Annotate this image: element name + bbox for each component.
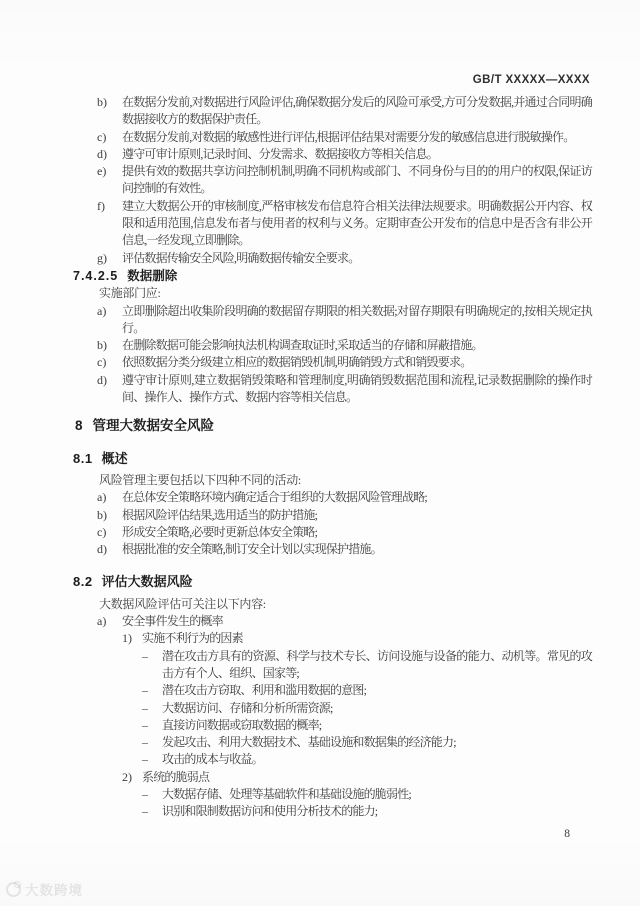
page-number: 8	[564, 828, 570, 840]
risk-activities-list: a) 在总体安全策略环境内确定适合于组织的大数据风险管理战略; b) 根据风险评…	[73, 489, 592, 558]
dash-marker: –	[142, 751, 162, 768]
list-text: 安全事件发生的概率	[122, 613, 592, 630]
section-intro: 风险管理主要包括以下四种不同的活动:	[99, 472, 592, 489]
dash-marker: –	[142, 648, 162, 683]
list-marker: a)	[97, 489, 122, 506]
list-text: 在数据分发前,对数据的敏感性进行评估,根据评估结果对需要分发的敏感信息进行脱敏操…	[122, 129, 592, 146]
section-heading-8-2: 8.2 评估大数据风险	[73, 573, 592, 590]
dash-text: 大数据存储、处理等基础软件和基础设施的脆弱性;	[162, 786, 592, 803]
numbered-sub-item: 1) 实施不利行为的因素	[122, 630, 592, 647]
section-number: 8.2	[73, 573, 93, 590]
list-text: 实施不利行为的因素	[142, 630, 592, 647]
list-marker: d)	[97, 541, 122, 558]
dash-item: – 直接访问数据或窃取数据的概率;	[142, 717, 592, 734]
list-item: b) 在数据分发前,对数据进行风险评估,确保数据分发后的风险可承受,方可分发数据…	[97, 94, 592, 129]
dash-marker: –	[142, 717, 162, 734]
list-item: g) 评估数据传输安全风险,明确数据传输安全要求。	[97, 250, 592, 267]
data-deletion-list: a) 立即删除超出收集阶段明确的数据留存期限的相关数据;对留存期限有明确规定的,…	[73, 303, 592, 407]
watermark-text: 大数跨境	[25, 879, 83, 899]
section-heading-8: 8 管理大数据安全风险	[75, 417, 592, 434]
list-marker: b)	[97, 507, 122, 524]
list-item: c) 形成安全策略,必要时更新总体安全策略;	[97, 524, 592, 541]
list-item: e) 提供有效的数据共享访问控制机制,明确不同机构或部门、不同身份与目的的用户的…	[97, 163, 592, 198]
dash-item: – 潜在攻击方具有的资源、科学与技术专长、访问设施与设备的能力、动机等。常见的攻…	[142, 648, 592, 683]
section-title: 管理大数据安全风险	[93, 417, 215, 434]
numbered-sub-item: 2) 系统的脆弱点	[122, 769, 592, 786]
dash-text: 攻击的成本与收益。	[162, 751, 592, 768]
list-text: 形成安全策略,必要时更新总体安全策略;	[122, 524, 592, 541]
list-item: c) 在数据分发前,对数据的敏感性进行评估,根据评估结果对需要分发的敏感信息进行…	[97, 129, 592, 146]
list-marker: d)	[97, 146, 122, 163]
list-marker: a)	[97, 613, 122, 630]
dash-text: 潜在攻击方窃取、利用和滥用数据的意图;	[162, 682, 592, 699]
data-distribution-list: b) 在数据分发前,对数据进行风险评估,确保数据分发后的风险可承受,方可分发数据…	[73, 94, 592, 267]
list-item: f) 建立大数据公开的审核制度,严格审核发布信息符合相关法律法规要求。明确数据公…	[97, 198, 592, 250]
watermark-logo-icon	[6, 882, 21, 897]
list-text: 立即删除超出收集阶段明确的数据留存期限的相关数据;对留存期限有明确规定的,按相关…	[122, 303, 592, 338]
list-text: 依照数据分类分级建立相应的数据销毁机制,明确销毁方式和销毁要求。	[122, 354, 592, 371]
list-text: 在总体安全策略环境内确定适合于组织的大数据风险管理战略;	[122, 489, 592, 506]
list-text: 提供有效的数据共享访问控制机制,明确不同机构或部门、不同身份与目的的用户的权限,…	[122, 163, 592, 198]
list-text: 建立大数据公开的审核制度,严格审核发布信息符合相关法律法规要求。明确数据公开内容…	[122, 198, 592, 250]
dash-text: 识别和限制数据访问和使用分析技术的能力;	[162, 803, 592, 820]
list-text: 系统的脆弱点	[142, 769, 592, 786]
list-marker: 1)	[122, 630, 142, 647]
dash-marker: –	[142, 700, 162, 717]
dash-text: 直接访问数据或窃取数据的概率;	[162, 717, 592, 734]
list-item: b) 根据风险评估结果,选用适当的防护措施;	[97, 507, 592, 524]
section-title: 数据删除	[127, 268, 177, 285]
list-marker: c)	[97, 524, 122, 541]
list-text: 根据批准的安全策略,制订安全计划以实现保护措施。	[122, 541, 592, 558]
dash-marker: –	[142, 734, 162, 751]
list-item: a) 安全事件发生的概率	[97, 613, 592, 630]
dash-marker: –	[142, 803, 162, 820]
list-item: d) 根据批准的安全策略,制订安全计划以实现保护措施。	[97, 541, 592, 558]
section-number: 7.4.2.5	[73, 268, 118, 285]
list-text: 根据风险评估结果,选用适当的防护措施;	[122, 507, 592, 524]
list-text: 在数据分发前,对数据进行风险评估,确保数据分发后的风险可承受,方可分发数据,并通…	[122, 94, 592, 129]
dash-item: – 大数据访问、存储和分析所需资源;	[142, 700, 592, 717]
dash-item: – 大数据存储、处理等基础软件和基础设施的脆弱性;	[142, 786, 592, 803]
dash-list-attack-factors: – 潜在攻击方具有的资源、科学与技术专长、访问设施与设备的能力、动机等。常见的攻…	[73, 648, 592, 769]
dash-marker: –	[142, 682, 162, 699]
dash-text: 大数据访问、存储和分析所需资源;	[162, 700, 592, 717]
list-marker: c)	[97, 354, 122, 371]
list-marker: d)	[97, 372, 122, 407]
dash-item: – 潜在攻击方窃取、利用和滥用数据的意图;	[142, 682, 592, 699]
dash-text: 发起攻击、利用大数据技术、基础设施和数据集的经济能力;	[162, 734, 592, 751]
list-text: 遵守审计原则,建立数据销毁策略和管理制度,明确销毁数据范围和流程,记录数据删除的…	[122, 372, 592, 407]
list-marker: a)	[97, 303, 122, 338]
list-text: 评估数据传输安全风险,明确数据传输安全要求。	[122, 250, 592, 267]
section-number: 8	[75, 417, 83, 434]
list-marker: c)	[97, 129, 122, 146]
list-item: b) 在删除数据可能会影响执法机构调查取证时,采取适当的存储和屏蔽措施。	[97, 337, 592, 354]
standard-number-header: GB/T XXXXX—XXXX	[473, 74, 590, 86]
section-title: 概述	[102, 450, 128, 467]
list-marker: e)	[97, 163, 122, 198]
list-marker: 2)	[122, 769, 142, 786]
list-item: d) 遵守可审计原则,记录时间、分发需求、数据接收方等相关信息。	[97, 146, 592, 163]
section-heading-8-1: 8.1 概述	[73, 450, 592, 467]
list-marker: g)	[97, 250, 122, 267]
section-intro: 大数据风险评估可关注以下内容:	[99, 596, 592, 613]
list-text: 在删除数据可能会影响执法机构调查取证时,采取适当的存储和屏蔽措施。	[122, 337, 592, 354]
section-title: 评估大数据风险	[102, 573, 193, 590]
list-marker: b)	[97, 337, 122, 354]
section-number: 8.1	[73, 450, 93, 467]
dash-item: – 攻击的成本与收益。	[142, 751, 592, 768]
list-marker: f)	[97, 198, 122, 250]
dash-item: – 识别和限制数据访问和使用分析技术的能力;	[142, 803, 592, 820]
section-heading-7-4-2-5: 7.4.2.5 数据删除	[73, 268, 592, 285]
list-marker: b)	[97, 94, 122, 129]
watermark: 大数跨境	[6, 879, 83, 899]
dash-marker: –	[142, 786, 162, 803]
dash-text: 潜在攻击方具有的资源、科学与技术专长、访问设施与设备的能力、动机等。常见的攻击方…	[162, 648, 592, 683]
dash-item: – 发起攻击、利用大数据技术、基础设施和数据集的经济能力;	[142, 734, 592, 751]
list-item: a) 在总体安全策略环境内确定适合于组织的大数据风险管理战略;	[97, 489, 592, 506]
list-item: a) 立即删除超出收集阶段明确的数据留存期限的相关数据;对留存期限有明确规定的,…	[97, 303, 592, 338]
section-intro: 实施部门应:	[99, 285, 592, 302]
list-text: 遵守可审计原则,记录时间、分发需求、数据接收方等相关信息。	[122, 146, 592, 163]
list-item: d) 遵守审计原则,建立数据销毁策略和管理制度,明确销毁数据范围和流程,记录数据…	[97, 372, 592, 407]
dash-list-vulnerabilities: – 大数据存储、处理等基础软件和基础设施的脆弱性; – 识别和限制数据访问和使用…	[73, 786, 592, 821]
document-content: b) 在数据分发前,对数据进行风险评估,确保数据分发后的风险可承受,方可分发数据…	[73, 94, 592, 821]
list-item: c) 依照数据分类分级建立相应的数据销毁机制,明确销毁方式和销毁要求。	[97, 354, 592, 371]
